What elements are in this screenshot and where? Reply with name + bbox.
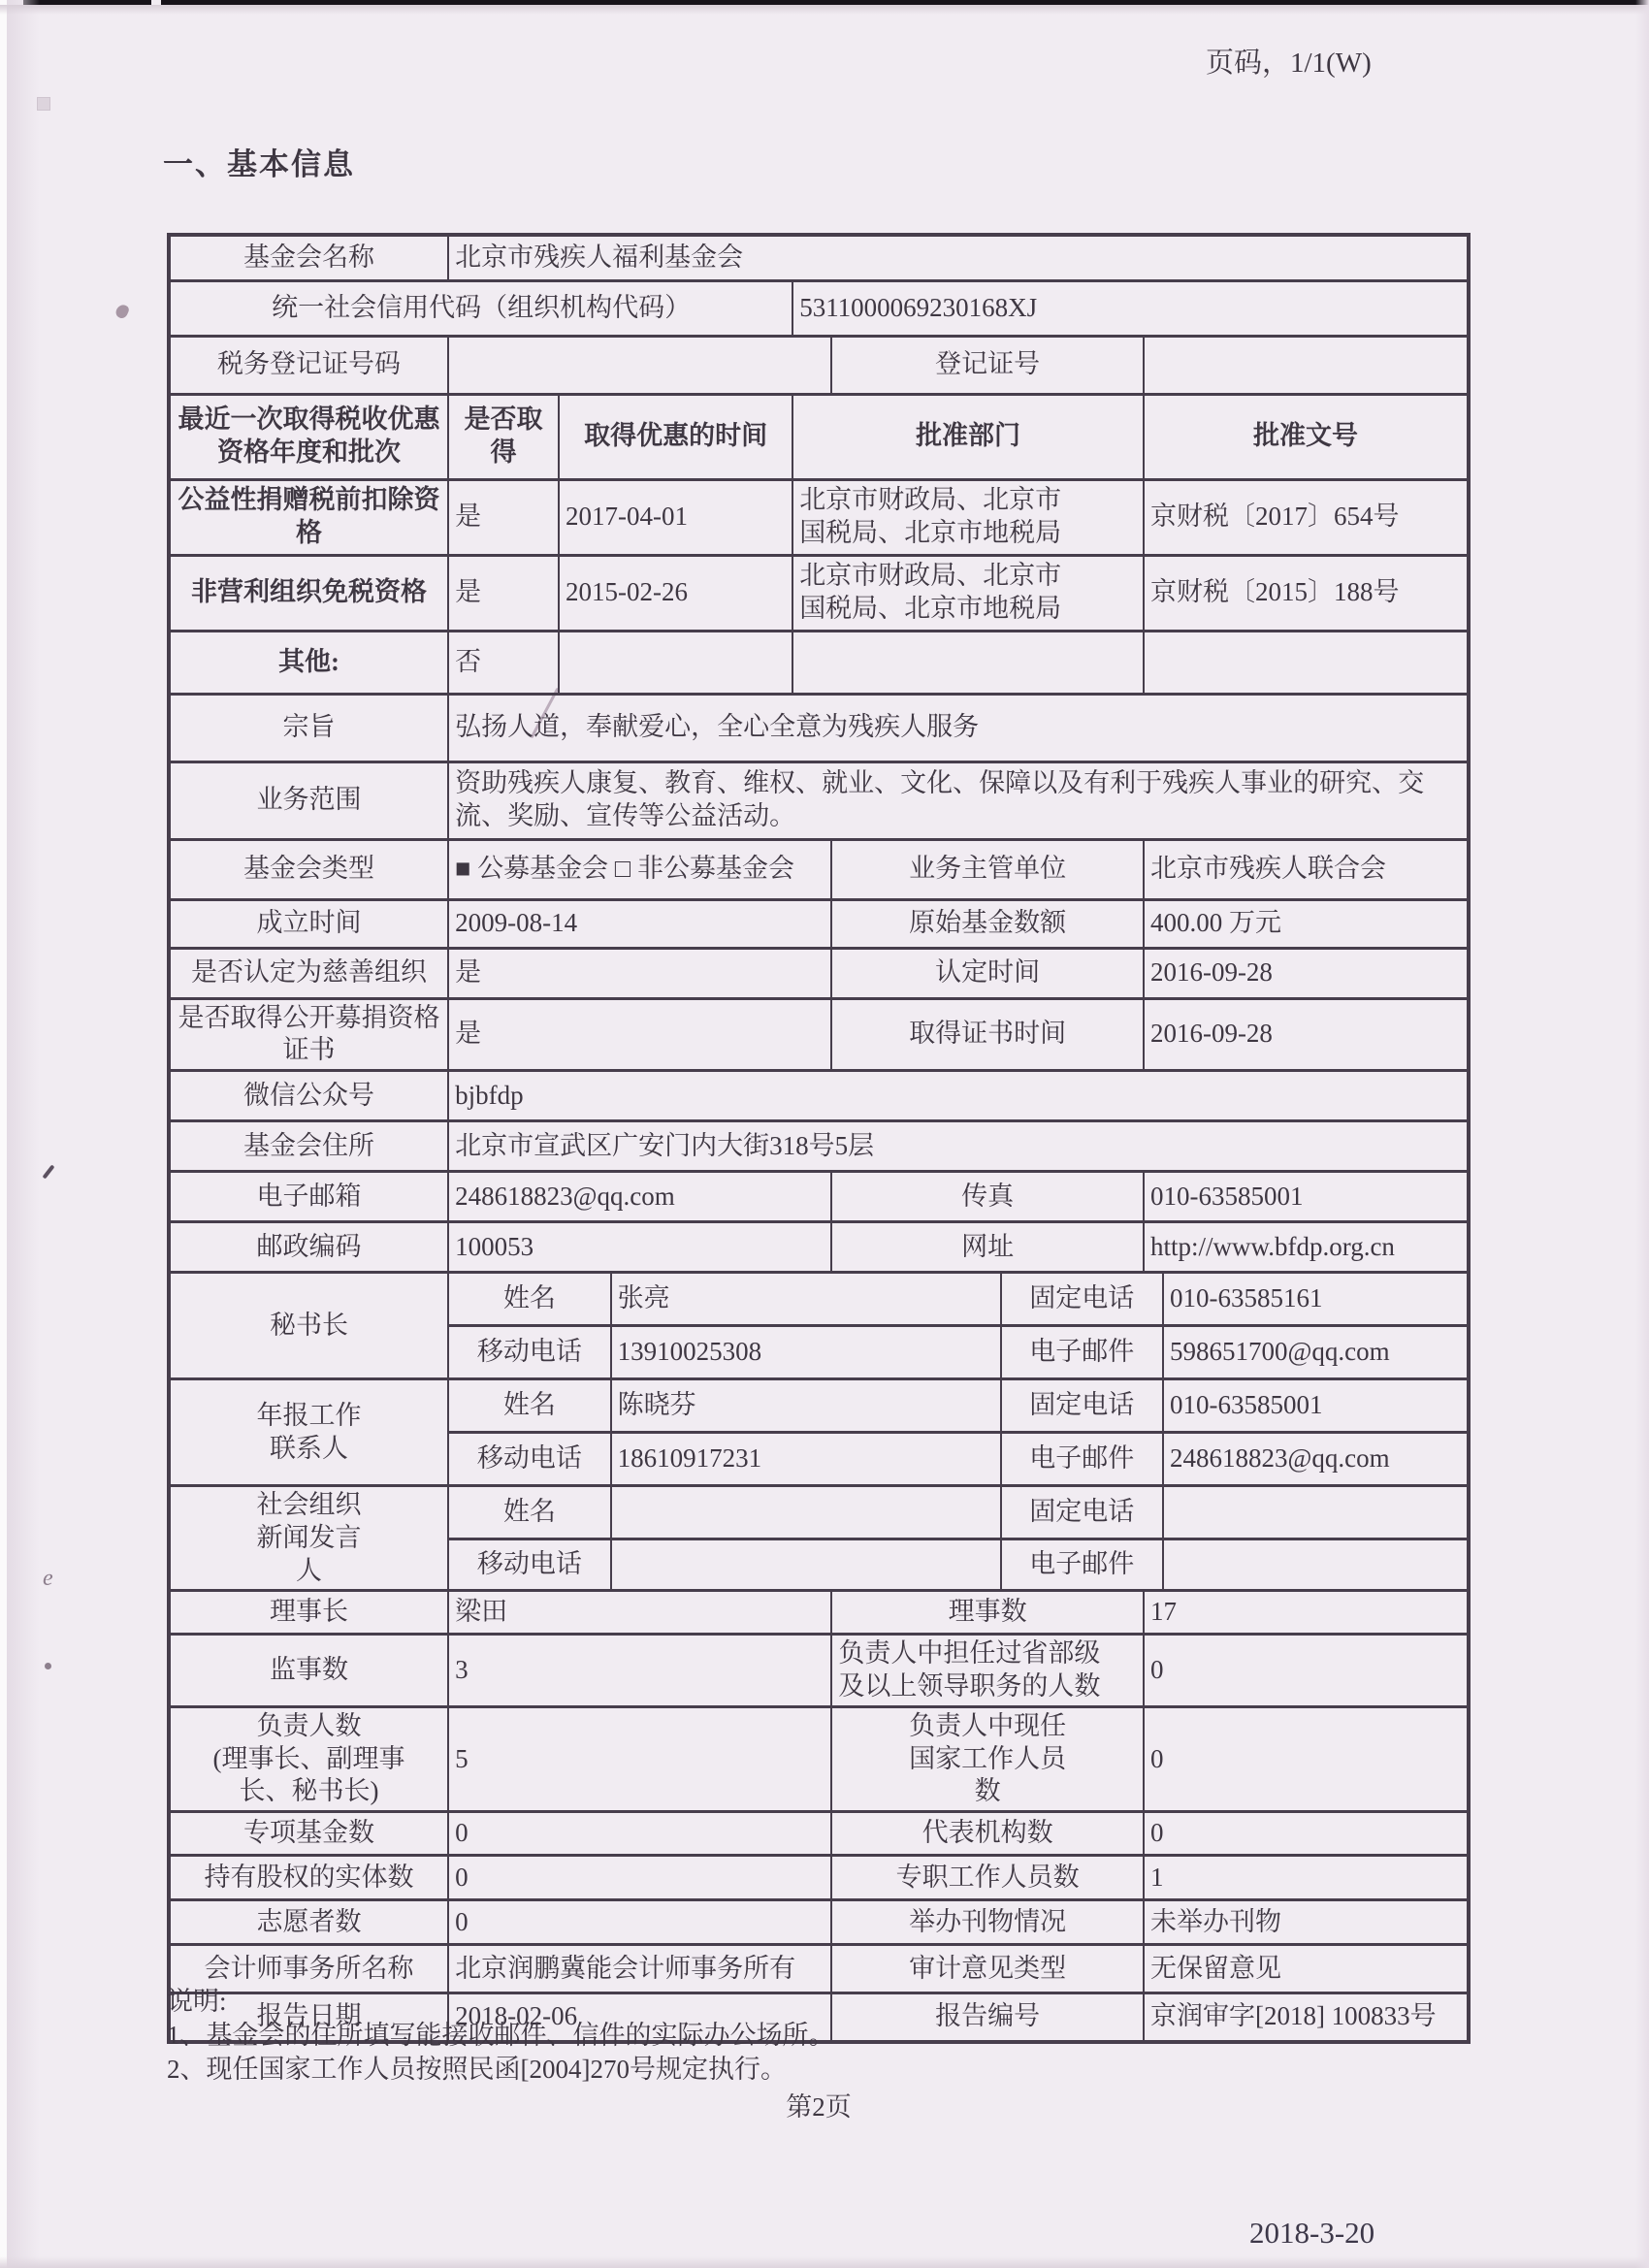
established-value: 2009-08-14 — [448, 899, 831, 948]
table-header-row: 最近一次取得税收优惠资格年度和批次 是否取得 取得优惠的时间 批准部门 批准文号 — [169, 394, 1469, 479]
leader-count-label-text: 负责人中担任过省部级及以上领导职务的人数 — [838, 1637, 1105, 1703]
state-worker-label-text: 负责人中现任国家工作人员数 — [901, 1710, 1074, 1808]
exempt-qual-dept: 北京市财政局、北京市国税局、北京市地税局 — [792, 555, 1144, 631]
special-fund-label: 专项基金数 — [169, 1812, 448, 1856]
table-row: 电子邮箱 248618823@qq.com 传真 010-63585001 — [169, 1172, 1469, 1222]
original-fund-label: 原始基金数额 — [831, 899, 1144, 948]
spokesperson-email-value — [1163, 1539, 1469, 1591]
spokesperson-tel-label: 固定电话 — [1001, 1486, 1163, 1539]
charity-org-label: 是否认定为慈善组织 — [169, 948, 448, 998]
special-fund-value: 0 — [448, 1812, 831, 1856]
principal-count-label-text: 负责人数 (理事长、副理事 长、秘书长) — [213, 1710, 405, 1808]
basic-info-table: 基金会名称 北京市残疾人福利基金会 统一社会信用代码（组织机构代码） 53110… — [167, 233, 1471, 2044]
rep-office-label: 代表机构数 — [831, 1812, 1144, 1856]
secretary-name-value: 张亮 — [611, 1273, 1001, 1326]
table-row: 秘书长 姓名 张亮 固定电话 010-63585161 — [169, 1273, 1469, 1326]
col-header-time: 取得优惠的时间 — [559, 394, 792, 479]
secretary-email-label: 电子邮件 — [1001, 1326, 1163, 1379]
established-label: 成立时间 — [169, 899, 448, 948]
reg-cert-value — [1144, 336, 1469, 394]
rep-office-value: 0 — [1144, 1812, 1469, 1856]
director-count-label: 理事数 — [831, 1591, 1144, 1635]
exempt-qual-time: 2015-02-26 — [559, 555, 792, 631]
page-code-label: 页码，1/1(W) — [1206, 41, 1372, 81]
secretary-label: 秘书长 — [169, 1273, 448, 1379]
note-line-1: 1、基金会的住所填写能接收邮件、信件的实际办公场所。 — [167, 2019, 835, 2053]
tax-reg-label: 税务登记证号码 — [169, 336, 448, 394]
table-row: 负责人数 (理事长、副理事 长、秘书长) 5 负责人中现任国家工作人员数 0 — [169, 1706, 1469, 1811]
table-row: 持有股权的实体数 0 专职工作人员数 1 — [169, 1856, 1469, 1900]
table-row: 非营利组织免税资格 是 2015-02-26 北京市财政局、北京市国税局、北京市… — [169, 555, 1469, 631]
table-row: 宗旨 弘扬人道，奉献爱心，全心全意为残疾人服务 — [169, 694, 1469, 761]
annual-contact-name-label: 姓名 — [448, 1379, 610, 1433]
report-no-value: 京润审字[2018] 100833号 — [1144, 1993, 1469, 2042]
table-row: 监事数 3 负责人中担任过省部级及以上领导职务的人数 0 — [169, 1635, 1469, 1707]
annual-contact-email-label: 电子邮件 — [1001, 1433, 1163, 1486]
charity-time-value: 2016-09-28 — [1144, 948, 1469, 998]
foundation-type-value: ■ 公募基金会 □ 非公募基金会 — [448, 839, 831, 899]
wechat-value: bjbfdp — [448, 1071, 1469, 1121]
secretary-tel-value: 010-63585161 — [1163, 1273, 1469, 1326]
address-label: 基金会住所 — [169, 1121, 448, 1172]
table-row: 基金会住所 北京市宣武区广安门内大街318号5层 — [169, 1121, 1469, 1172]
chairman-label: 理事长 — [169, 1591, 448, 1635]
deduction-qual-doc: 京财税〔2017〕654号 — [1144, 479, 1469, 555]
state-worker-label: 负责人中现任国家工作人员数 — [831, 1706, 1144, 1811]
table-row: 理事长 梁田 理事数 17 — [169, 1591, 1469, 1635]
deduction-qual-label: 公益性捐赠税前扣除资格 — [169, 479, 448, 555]
spokesperson-label: 社会组织新闻发言人 — [169, 1486, 448, 1591]
exempt-qual-doc: 京财税〔2015〕188号 — [1144, 555, 1469, 631]
notes-heading: 说明: — [167, 1985, 835, 2019]
scan-edge-artifact — [0, 5, 1649, 15]
supervising-unit-value: 北京市残疾人联合会 — [1144, 839, 1469, 899]
scan-speck — [42, 1164, 54, 1179]
other-qual-label: 其他: — [169, 631, 448, 694]
table-row: 公益性捐赠税前扣除资格 是 2017-04-01 北京市财政局、北京市国税局、北… — [169, 479, 1469, 555]
col-header-obtained: 是否取得 — [448, 394, 559, 479]
page-footer: 第2页 — [167, 2086, 1471, 2123]
scope-label: 业务范围 — [169, 761, 448, 839]
table-row: 基金会类型 ■ 公募基金会 □ 非公募基金会 业务主管单位 北京市残疾人联合会 — [169, 839, 1469, 899]
other-qual-obtained: 否 — [448, 631, 559, 694]
scan-speck — [114, 303, 131, 320]
scan-date: 2018-3-20 — [1249, 2216, 1374, 2251]
tax-benefit-header-label: 最近一次取得税收优惠资格年度和批次 — [169, 394, 448, 479]
supervisor-count-label: 监事数 — [169, 1635, 448, 1707]
table-row: 社会组织新闻发言人 姓名 固定电话 — [169, 1486, 1469, 1539]
foundation-type-label: 基金会类型 — [169, 839, 448, 899]
scan-edge-artifact — [0, 0, 7, 2268]
deduction-qual-dept-text: 北京市财政局、北京市国税局、北京市地税局 — [799, 484, 1066, 550]
charity-time-label: 认定时间 — [831, 948, 1144, 998]
fundraise-cert-label: 是否取得公开募捐资格证书 — [169, 998, 448, 1071]
email-value: 248618823@qq.com — [448, 1172, 831, 1222]
website-value: http://www.bfdp.org.cn — [1144, 1222, 1469, 1273]
publication-label: 举办刊物情况 — [831, 1900, 1144, 1945]
leader-count-value: 0 — [1144, 1635, 1469, 1707]
annual-contact-tel-label: 固定电话 — [1001, 1379, 1163, 1433]
table-row: 微信公众号 bjbfdp — [169, 1071, 1469, 1121]
leader-count-label: 负责人中担任过省部级及以上领导职务的人数 — [831, 1635, 1144, 1707]
deduction-qual-time: 2017-04-01 — [559, 479, 792, 555]
spokesperson-email-label: 电子邮件 — [1001, 1539, 1163, 1591]
other-qual-doc — [1144, 631, 1469, 694]
staff-count-label: 专职工作人员数 — [831, 1856, 1144, 1900]
website-label: 网址 — [831, 1222, 1144, 1273]
annual-contact-mobile-value: 18610917231 — [611, 1433, 1001, 1486]
scan-edge-artifact — [7, 0, 40, 2268]
cert-time-label: 取得证书时间 — [831, 998, 1144, 1071]
table-row: 基金会名称 北京市残疾人福利基金会 — [169, 235, 1469, 280]
notes-block: 说明: 1、基金会的住所填写能接收邮件、信件的实际办公场所。 2、现任国家工作人… — [167, 1985, 835, 2087]
deduction-qual-obtained: 是 — [448, 479, 559, 555]
deduction-qual-dept: 北京市财政局、北京市国税局、北京市地税局 — [792, 479, 1144, 555]
credit-code-value: 5311000069230168XJ — [792, 280, 1469, 336]
table-row: 成立时间 2009-08-14 原始基金数额 400.00 万元 — [169, 899, 1469, 948]
other-qual-dept — [792, 631, 1144, 694]
annual-contact-mobile-label: 移动电话 — [448, 1433, 610, 1486]
scan-edge-artifact — [0, 2256, 1649, 2268]
exempt-qual-dept-text: 北京市财政局、北京市国税局、北京市地税局 — [799, 560, 1066, 626]
secretary-tel-label: 固定电话 — [1001, 1273, 1163, 1326]
principal-count-label: 负责人数 (理事长、副理事 长、秘书长) — [169, 1706, 448, 1811]
equity-entity-value: 0 — [448, 1856, 831, 1900]
scope-value: 资助残疾人康复、教育、维权、就业、文化、保障以及有利于残疾人事业的研究、交流、奖… — [448, 761, 1469, 839]
chairman-value: 梁田 — [448, 1591, 831, 1635]
principal-count-value: 5 — [448, 1706, 831, 1811]
col-header-dept: 批准部门 — [792, 394, 1144, 479]
audit-opinion-label: 审计意见类型 — [831, 1945, 1144, 1993]
volunteer-count-label: 志愿者数 — [169, 1900, 448, 1945]
spokesperson-name-value — [611, 1486, 1001, 1539]
fax-label: 传真 — [831, 1172, 1144, 1222]
equity-entity-label: 持有股权的实体数 — [169, 1856, 448, 1900]
table-row: 志愿者数 0 举办刊物情况 未举办刊物 — [169, 1900, 1469, 1945]
foundation-name-value: 北京市残疾人福利基金会 — [448, 235, 1469, 280]
table-row: 统一社会信用代码（组织机构代码） 5311000069230168XJ — [169, 280, 1469, 336]
postcode-value: 100053 — [448, 1222, 831, 1273]
table-row: 税务登记证号码 登记证号 — [169, 336, 1469, 394]
exempt-qual-label: 非营利组织免税资格 — [169, 555, 448, 631]
secretary-name-label: 姓名 — [448, 1273, 610, 1326]
other-qual-time — [559, 631, 792, 694]
annual-contact-email-value: 248618823@qq.com — [1163, 1433, 1469, 1486]
table-row: 是否取得公开募捐资格证书 是 取得证书时间 2016-09-28 — [169, 998, 1469, 1071]
annual-contact-label-text: 年报工作联系人 — [248, 1400, 369, 1466]
table-row: 年报工作联系人 姓名 陈晓芬 固定电话 010-63585001 — [169, 1379, 1469, 1433]
note-line-2: 2、现任国家工作人员按照民函[2004]270号规定执行。 — [167, 2053, 835, 2087]
secretary-email-value: 598651700@qq.com — [1163, 1326, 1469, 1379]
foundation-name-label: 基金会名称 — [169, 235, 448, 280]
mission-label: 宗旨 — [169, 694, 448, 761]
table-row: 是否认定为慈善组织 是 认定时间 2016-09-28 — [169, 948, 1469, 998]
scan-speck: e — [43, 1566, 53, 1592]
spokesperson-mobile-label: 移动电话 — [448, 1539, 610, 1591]
director-count-value: 17 — [1144, 1591, 1469, 1635]
annual-contact-tel-value: 010-63585001 — [1163, 1379, 1469, 1433]
state-worker-value: 0 — [1144, 1706, 1469, 1811]
secretary-mobile-value: 13910025308 — [611, 1326, 1001, 1379]
email-label: 电子邮箱 — [169, 1172, 448, 1222]
annual-contact-name-value: 陈晓芬 — [611, 1379, 1001, 1433]
credit-code-label: 统一社会信用代码（组织机构代码） — [169, 280, 792, 336]
audit-opinion-value: 无保留意见 — [1144, 1945, 1469, 1993]
table-row: 业务范围 资助残疾人康复、教育、维权、就业、文化、保障以及有利于残疾人事业的研究… — [169, 761, 1469, 839]
annual-contact-label: 年报工作联系人 — [169, 1379, 448, 1486]
publication-value: 未举办刊物 — [1144, 1900, 1469, 1945]
fundraise-cert-value: 是 — [448, 998, 831, 1071]
mission-value: 弘扬人道，奉献爱心，全心全意为残疾人服务 — [448, 694, 1469, 761]
section-title: 一、基本信息 — [163, 140, 355, 183]
fax-value: 010-63585001 — [1144, 1172, 1469, 1222]
charity-org-value: 是 — [448, 948, 831, 998]
supervising-unit-label: 业务主管单位 — [831, 839, 1144, 899]
staff-count-value: 1 — [1144, 1856, 1469, 1900]
report-no-label: 报告编号 — [831, 1993, 1144, 2042]
spokesperson-label-text: 社会组织新闻发言人 — [248, 1489, 369, 1587]
volunteer-count-value: 0 — [448, 1900, 831, 1945]
scan-edge-artifact — [1635, 0, 1649, 2268]
col-header-doc: 批准文号 — [1144, 394, 1469, 479]
wechat-label: 微信公众号 — [169, 1071, 448, 1121]
scan-speck — [37, 97, 50, 111]
reg-cert-label: 登记证号 — [831, 336, 1144, 394]
supervisor-count-value: 3 — [448, 1635, 831, 1707]
spokesperson-tel-value — [1163, 1486, 1469, 1539]
exempt-qual-obtained: 是 — [448, 555, 559, 631]
table-row: 其他: 否 — [169, 631, 1469, 694]
secretary-mobile-label: 移动电话 — [448, 1326, 610, 1379]
table-row: 专项基金数 0 代表机构数 0 — [169, 1812, 1469, 1856]
cert-time-value: 2016-09-28 — [1144, 998, 1469, 1071]
spokesperson-name-label: 姓名 — [448, 1486, 610, 1539]
scan-speck — [45, 1663, 51, 1669]
spokesperson-mobile-value — [611, 1539, 1001, 1591]
postcode-label: 邮政编码 — [169, 1222, 448, 1273]
tax-reg-value — [448, 336, 831, 394]
original-fund-value: 400.00 万元 — [1144, 899, 1469, 948]
table-row: 邮政编码 100053 网址 http://www.bfdp.org.cn — [169, 1222, 1469, 1273]
address-value: 北京市宣武区广安门内大街318号5层 — [448, 1121, 1469, 1172]
scanned-document-page: e 页码，1/1(W) 一、基本信息 基金会名称 北京市残疾人福利基金会 统一社… — [0, 0, 1649, 2268]
